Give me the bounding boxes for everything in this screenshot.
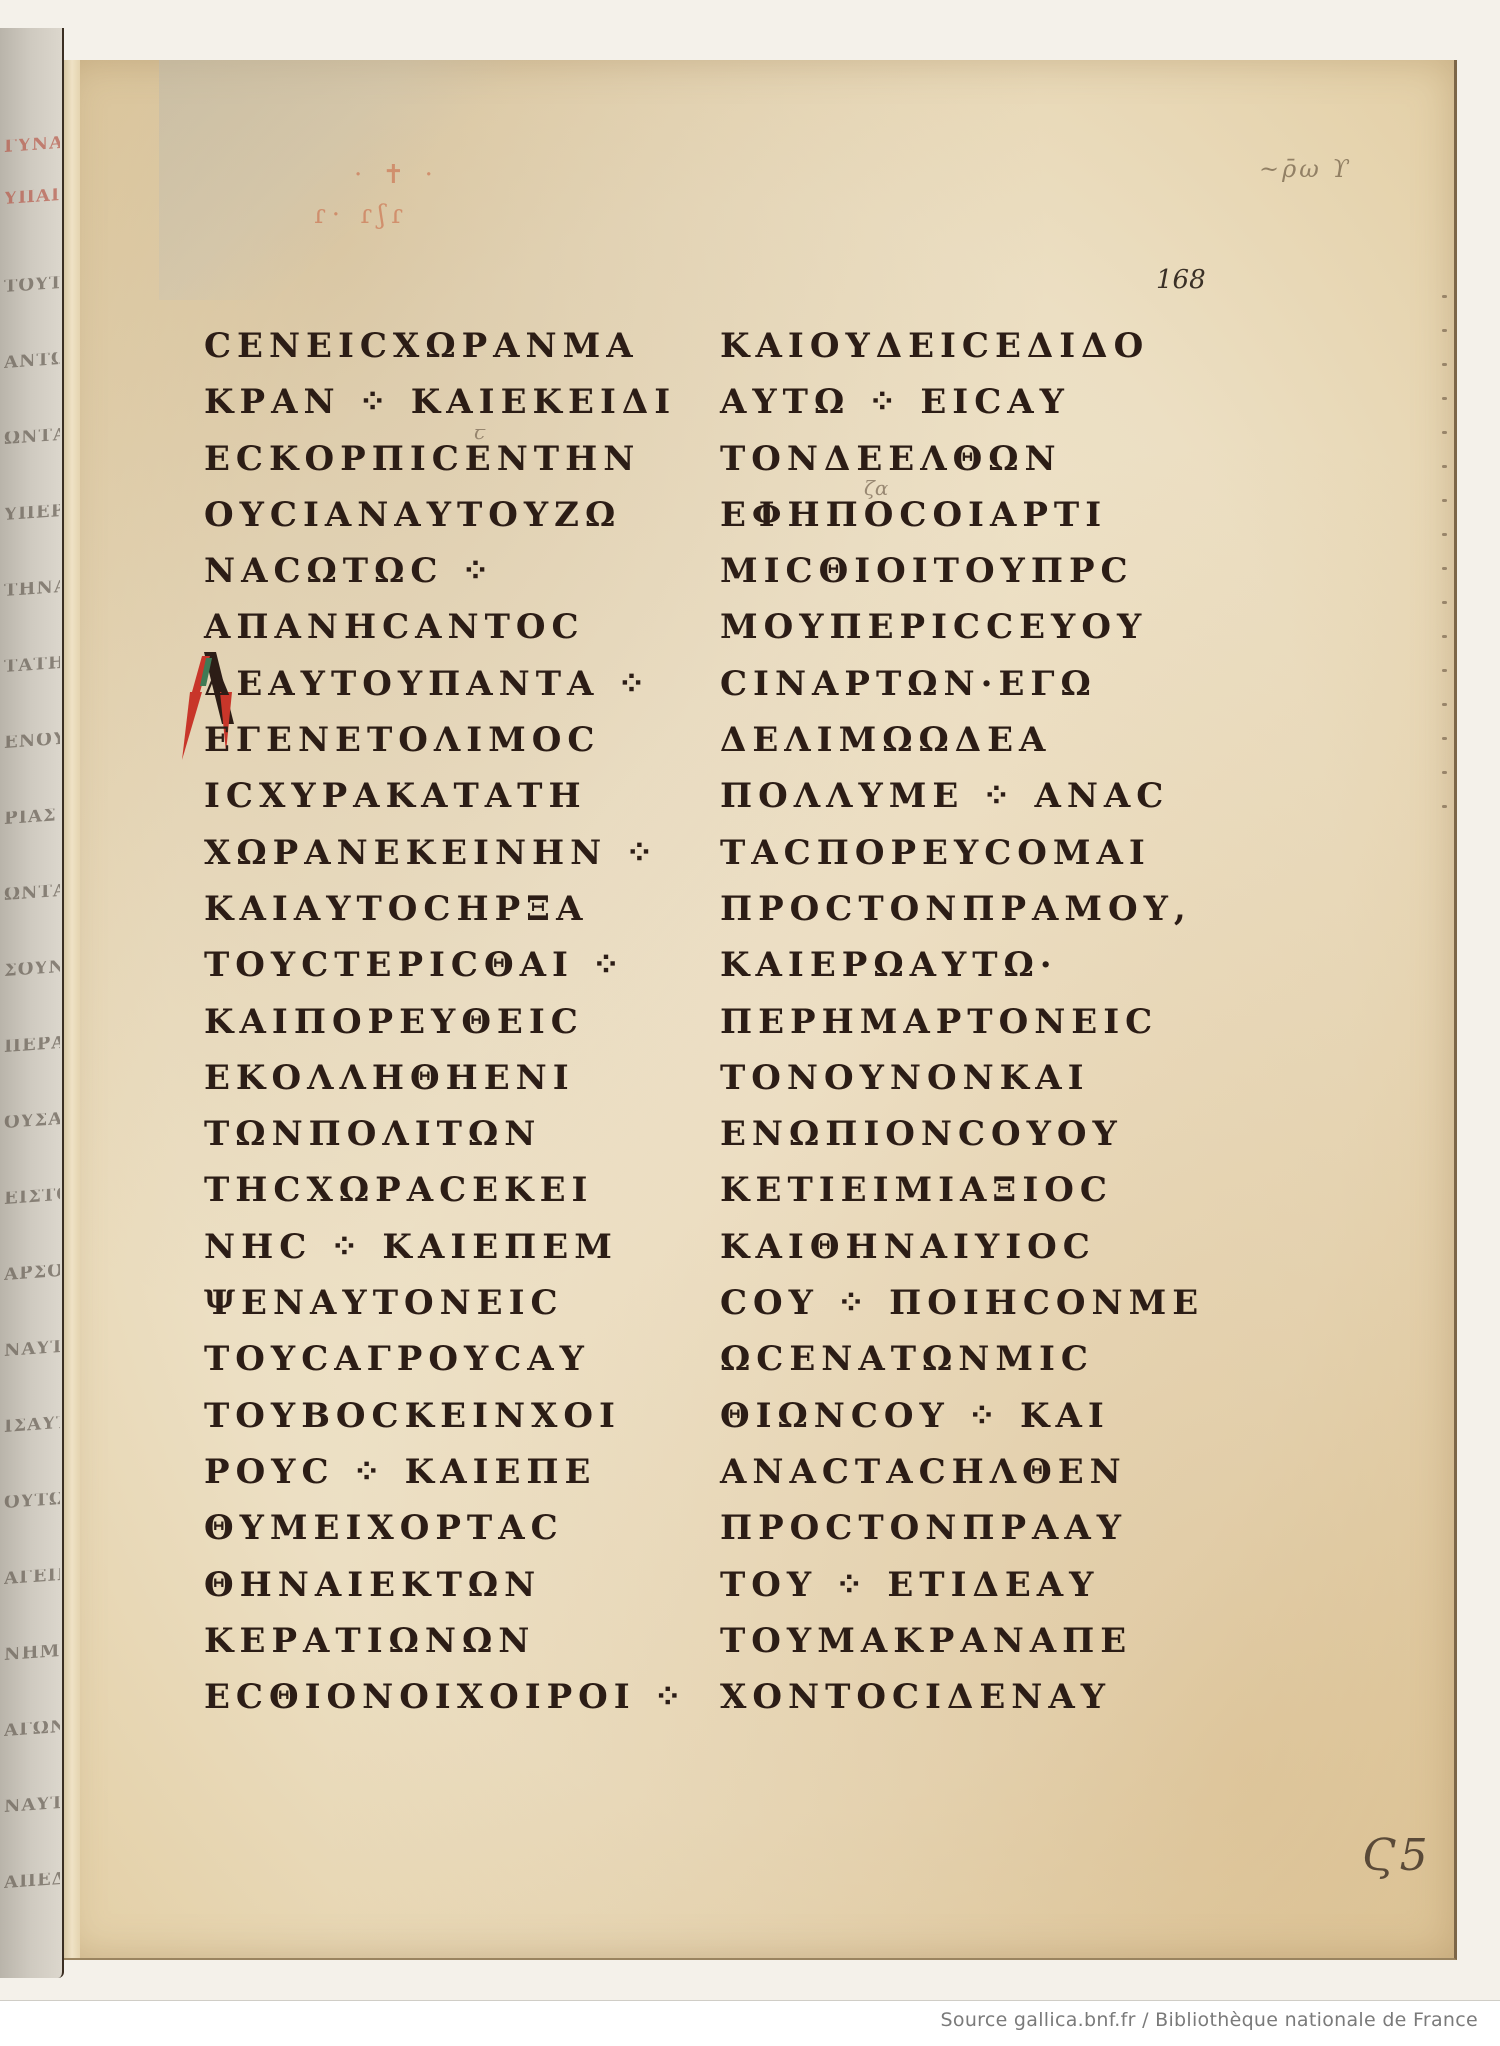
manuscript-line: ΑΠΑΝΗϹΑΝΤΟϹ [204, 599, 644, 655]
manuscript-line: ϹΙΝΑΡΤΩΝ·ΕΓΩ [720, 656, 1160, 712]
manuscript-line: ΔΕΛΙΜΩΩΔΕΑ [720, 712, 1160, 768]
text-column-left: ϹΕΝΕΙϹΧΩΡΑΝΜΑΚΡΑΝ ⁘ ΚΑΙΕΚΕΙΔΙΕϹΚΟΡΠΙϹΕΝΤ… [204, 318, 644, 1725]
source-credit: Source gallica.bnf.fr / Bibliothèque nat… [941, 2009, 1478, 2031]
manuscript-line: ΤΟΥϹΑΓΡΟΥϹΑΥ [204, 1331, 644, 1387]
manuscript-line: ΕΝΩΠΙΟΝϹΟΥΟΥ [720, 1106, 1160, 1162]
facing-page-text-line: ΣΟΥΝ [4, 960, 60, 978]
manuscript-line: ΜΟΥΠΕΡΙϹϹΕΥΟΥ [720, 599, 1160, 655]
facing-page-text-line: ΥΠΕΡΝ [4, 504, 60, 522]
faded-red-rubric-2: ɾ· ɾʃɾ [314, 200, 409, 230]
facing-page-text-line: ΑΓΕΙΝ [4, 1568, 60, 1586]
manuscript-line: ΠΡΟϹΤΟΝΠΡΑΑΥ [720, 1500, 1160, 1556]
folio-gutter [64, 60, 80, 1958]
manuscript-line: ΤΟΝΔΕΕΛΘΩΝ [720, 431, 1160, 487]
manuscript-line: ΑΥΤΩ ⁘ ΕΙϹΑΥ [720, 374, 1160, 430]
facing-page-text-line: ΑΝΤΩ [4, 352, 60, 370]
facing-page-text-line: ΟΥΣΑ [4, 1112, 60, 1130]
facing-page-text-line: ΤΗΝΑ [4, 580, 60, 598]
manuscript-line: ΙϹΧΥΡΑΚΑΤΑΤΗ [204, 768, 644, 824]
facing-page-text-line: ΝΗΜΙΑ [4, 1644, 60, 1662]
manuscript-line: ΕΦΗΠΟϹΟΙΑΡΤΙ [720, 487, 1160, 543]
facing-page-text-line: ΑΡΣΟ [4, 1264, 60, 1282]
facing-page-text-line: ΟΥΤΩΝ [4, 1492, 60, 1510]
manuscript-line: ΕΓΕΝΕΤΟΛΙΜΟϹ [204, 712, 644, 768]
manuscript-line: ΔΕΑΥΤΟΥΠΑΝΤΑ ⁘ [204, 656, 644, 712]
manuscript-line: ΚΕΡΑΤΙΩΝΩΝ [204, 1613, 644, 1669]
manuscript-line: ΤΟΥΒΟϹΚΕΙΝΧΟΙ [204, 1388, 644, 1444]
text-column-right: ΚΑΙΟΥΔΕΙϹΕΔΙΔΟΑΥΤΩ ⁘ ΕΙϹΑΥΤΟΝΔΕΕΛΘΩΝΕΦΗΠ… [720, 318, 1160, 1725]
facing-page-edge: ΓΥΝΑΥΠΑΙΤΟΥΤΟΑΝΤΩΩΝΤΑΥΠΕΡΝΤΗΝΑΤΑΤΗΕΝΟΥΡΙ… [0, 28, 64, 1978]
manuscript-line: ϹΟΥ ⁘ ΠΟΙΗϹΟΝΜΕ [720, 1275, 1160, 1331]
facing-page-text-line: ΤΑΤΗ [4, 656, 60, 674]
manuscript-line: ΚΑΙΑΥΤΟϹΗΡΞΑ [204, 881, 644, 937]
faded-red-rubric-1: · ✝ · [354, 160, 439, 190]
facing-page-text-line: ΤΟΥΤΟ [4, 276, 60, 294]
facing-page-text-line: ΝΑΥΤΟ [4, 1340, 60, 1358]
manuscript-line: ΘΥΜΕΙΧΟΡΤΑϹ [204, 1500, 644, 1556]
manuscript-line: ΜΙϹΘΙΟΙΤΟΥΠΡϹ [720, 543, 1160, 599]
pricking-hole [1442, 669, 1447, 672]
pricking-hole [1442, 329, 1447, 332]
manuscript-line: ΡΟΥϹ ⁘ ΚΑΙΕΠΕ [204, 1444, 644, 1500]
facing-page-text-line: ΑΠΕΔ [4, 1872, 60, 1890]
pricking-hole [1442, 601, 1447, 604]
manuscript-line: ΕΚΟΛΛΗΘΗΕΝΙ [204, 1050, 644, 1106]
manuscript-line: ΚΡΑΝ ⁘ ΚΑΙΕΚΕΙΔΙ [204, 374, 644, 430]
pricking-hole [1442, 567, 1447, 570]
manuscript-line: ΕϹΚΟΡΠΙϹΕΝΤΗΝ [204, 431, 644, 487]
manuscript-line: ΚΑΙΕΡΩΑΥΤΩ· [720, 937, 1160, 993]
manuscript-viewer: ΓΥΝΑΥΠΑΙΤΟΥΤΟΑΝΤΩΩΝΤΑΥΠΕΡΝΤΗΝΑΤΑΤΗΕΝΟΥΡΙ… [0, 0, 1500, 2000]
manuscript-line: ΧΩΡΑΝΕΚΕΙΝΗΝ ⁘ [204, 825, 644, 881]
pricking-hole [1442, 533, 1447, 536]
manuscript-line: ΠΡΟϹΤΟΝΠΡΑΜΟΥ, [720, 881, 1160, 937]
manuscript-line: ΝΑϹΩΤΩϹ ⁘ [204, 543, 644, 599]
pricking-hole [1442, 363, 1447, 366]
manuscript-line: ΩϹΕΝΑΤΩΝΜΙϹ [720, 1331, 1160, 1387]
pricking-hole [1442, 499, 1447, 502]
manuscript-line: ΕϹΘΙΟΝΟΙΧΟΙΡΟΙ ⁘ [204, 1669, 644, 1725]
pricking-hole [1442, 737, 1447, 740]
manuscript-line: ΚΑΙΟΥΔΕΙϹΕΔΙΔΟ [720, 318, 1160, 374]
pricking-hole [1442, 295, 1447, 298]
manuscript-line: ΨΕΝΑΥΤΟΝΕΙϹ [204, 1275, 644, 1331]
facing-page-text-line: ΥΠΑΙ [4, 188, 60, 206]
folio-number: 168 [1156, 265, 1206, 295]
manuscript-line: ΤΟΥΜΑΚΡΑΝΑΠΕ [720, 1613, 1160, 1669]
manuscript-line: ΤΟΥϹΤΕΡΙϹΘΑΙ ⁘ [204, 937, 644, 993]
manuscript-line: ΤΗϹΧΩΡΑϹΕΚΕΙ [204, 1162, 644, 1218]
facing-page-text-line: ΠΕΡΑ [4, 1036, 60, 1054]
quire-signature: Ϛ5 [1362, 1830, 1432, 1881]
top-margin-scrawl: ~ρ̄ω ϒ [1259, 155, 1352, 183]
corner-stain [159, 60, 539, 300]
pricking-hole [1442, 465, 1447, 468]
facing-page-text-line: ΝΑΥΤΟ [4, 1796, 60, 1814]
facing-page-text-line: ΑΓΩΝ [4, 1720, 60, 1738]
manuscript-line: ΟΥϹΙΑΝΑΥΤΟΥΖΩ [204, 487, 644, 543]
manuscript-line: ΘΗΝΑΙΕΚΤΩΝ [204, 1557, 644, 1613]
pricking-hole [1442, 397, 1447, 400]
facing-page-text-line: ΕΝΟΥ [4, 732, 60, 750]
manuscript-line: ΚΑΙΠΟΡΕΥΘΕΙϹ [204, 994, 644, 1050]
manuscript-line: ΤΟΥ ⁘ ΕΤΙΔΕΑΥ [720, 1557, 1160, 1613]
manuscript-line: ΚΑΙΘΗΝΑΙΥΙΟϹ [720, 1219, 1160, 1275]
source-footer: Source gallica.bnf.fr / Bibliothèque nat… [0, 2000, 1500, 2046]
pricking-hole [1442, 431, 1447, 434]
manuscript-line: ΧΟΝΤΟϹΙΔΕΝΑΥ [720, 1669, 1160, 1725]
manuscript-line: ΘΙΩΝϹΟΥ ⁘ ΚΑΙ [720, 1388, 1160, 1444]
manuscript-line: ϹΕΝΕΙϹΧΩΡΑΝΜΑ [204, 318, 644, 374]
manuscript-line: ΚΕΤΙΕΙΜΙΑΞΙΟϹ [720, 1162, 1160, 1218]
pricking-hole [1442, 771, 1447, 774]
facing-page-text-line: ΕΙΣΤΟ [4, 1188, 60, 1206]
pricking-hole [1442, 703, 1447, 706]
facing-page-text-line: ΓΥΝΑ [4, 136, 60, 154]
facing-page-text-line: ΩΝΤΑ [4, 428, 60, 446]
manuscript-line: ΑΝΑϹΤΑϹΗΛΘΕΝ [720, 1444, 1160, 1500]
manuscript-line: ΝΗϹ ⁘ ΚΑΙΕΠΕΜ [204, 1219, 644, 1275]
facing-page-text-line: ΩΝΤΑ [4, 884, 60, 902]
manuscript-line: ΤΟΝΟΥΝΟΝΚΑΙ [720, 1050, 1160, 1106]
facing-page-text-line: ΡΙΑΣ [4, 808, 60, 826]
pricking-hole [1442, 635, 1447, 638]
manuscript-line: ΠΕΡΗΜΑΡΤΟΝΕΙϹ [720, 994, 1160, 1050]
manuscript-line: ΤΩΝΠΟΛΙΤΩΝ [204, 1106, 644, 1162]
facing-page-text-line: ΙΣΑΥΤ [4, 1416, 60, 1434]
pricking-holes [1442, 295, 1452, 1395]
pricking-hole [1442, 805, 1447, 808]
manuscript-line: ΤΑϹΠΟΡΕΥϹΟΜΑΙ [720, 825, 1160, 881]
manuscript-line: ΠΟΛΛΥΜΕ ⁘ ΑΝΑϹ [720, 768, 1160, 824]
